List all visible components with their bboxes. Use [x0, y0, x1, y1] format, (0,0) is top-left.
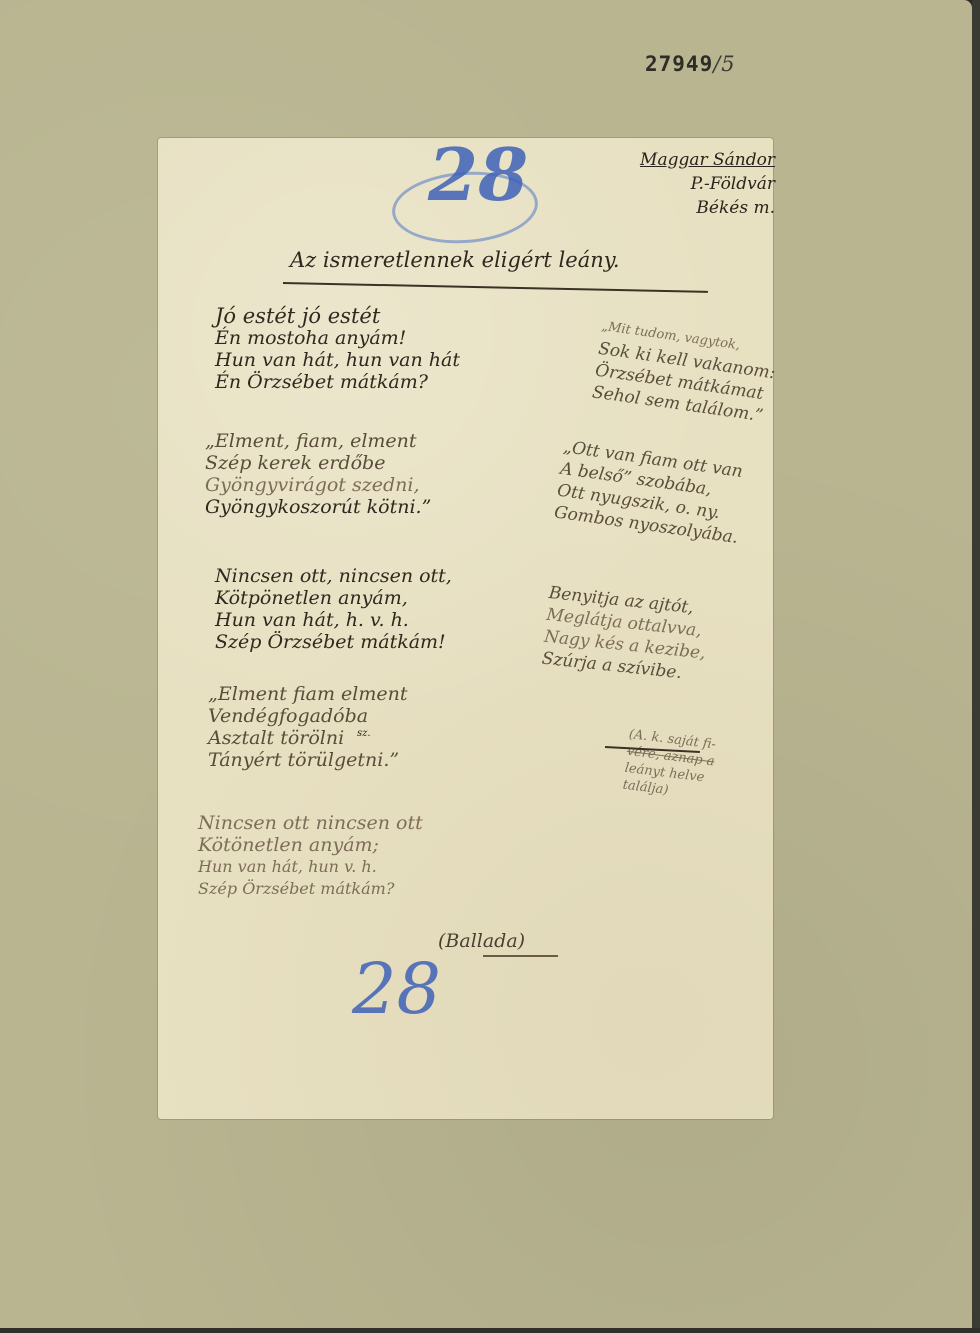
- verse-line: Hun van hát, hun van hát: [215, 349, 460, 371]
- genre-underline: [483, 955, 558, 957]
- verse-line: Gyöngykoszorút kötni.”: [205, 496, 431, 518]
- verse-line: Jó estét jó estét: [215, 305, 460, 327]
- genre-label: (Ballada): [438, 930, 525, 952]
- author-county: Békés m.: [605, 196, 775, 220]
- verse-line: Én mostoha anyám!: [215, 327, 460, 349]
- verse-line: Vendégfogadóba: [208, 705, 407, 727]
- verse-line: Tányért törülgetni.”: [208, 749, 407, 771]
- folio-number-bottom: 28: [352, 948, 441, 1030]
- verse-line: Asztalt törölni: [208, 727, 407, 749]
- interlinear-note: sz.: [357, 728, 371, 739]
- verse-line: Hun van hát, h. v. h.: [215, 609, 452, 631]
- inventory-number: 27949: [645, 52, 713, 76]
- poem-title: Az ismeretlennek eligért leány.: [290, 248, 620, 272]
- folio-number-top: 28: [428, 132, 528, 217]
- verse-line: Kötönetlen anyám;: [198, 834, 423, 856]
- inventory-suffix: /5: [713, 52, 735, 76]
- mount-edge-right: [972, 0, 980, 1333]
- verse-line: „Elment fiam elment: [208, 683, 407, 705]
- right-margin-note: (A. k. saját fi- vére, aznap a leányt he…: [622, 726, 718, 804]
- verse-line: Szép kerek erdőbe: [205, 452, 431, 474]
- verse-line: Gyöngyvirágot szedni,: [205, 474, 431, 496]
- mount-edge-bottom: [0, 1328, 980, 1333]
- right-stanza-3: Benyitja az ajtót, Meglátja ottalvva, Na…: [541, 582, 711, 686]
- verse-line: Kötpönetlen anyám,: [215, 587, 452, 609]
- stanza-5: Nincsen ott nincsen ott Kötönetlen anyám…: [198, 812, 423, 900]
- stanza-4: „Elment fiam elment Vendégfogadóba Aszta…: [208, 683, 407, 771]
- author-block: Maggar Sándor P.-Földvár Békés m.: [605, 148, 775, 220]
- stanza-3: Nincsen ott, nincsen ott, Kötpönetlen an…: [215, 565, 452, 653]
- author-name: Maggar Sándor: [605, 148, 775, 172]
- verse-line: Szép Örzsébet mátkám!: [215, 631, 452, 653]
- stanza-1: Jó estét jó estét Én mostoha anyám! Hun …: [215, 305, 460, 393]
- stanza-2: „Elment, fiam, elment Szép kerek erdőbe …: [205, 430, 431, 518]
- verse-line: „Elment, fiam, elment: [205, 430, 431, 452]
- inventory-stamp: 27949/5: [645, 52, 736, 76]
- verse-line: Nincsen ott nincsen ott: [198, 812, 423, 834]
- verse-line: Én Örzsébet mátkám?: [215, 371, 460, 393]
- verse-line: Szép Örzsébet mátkám?: [198, 878, 423, 900]
- author-place: P.-Földvár: [605, 172, 775, 196]
- verse-line: Nincsen ott, nincsen ott,: [215, 565, 452, 587]
- verse-line: Hun van hát, hun v. h.: [198, 856, 423, 878]
